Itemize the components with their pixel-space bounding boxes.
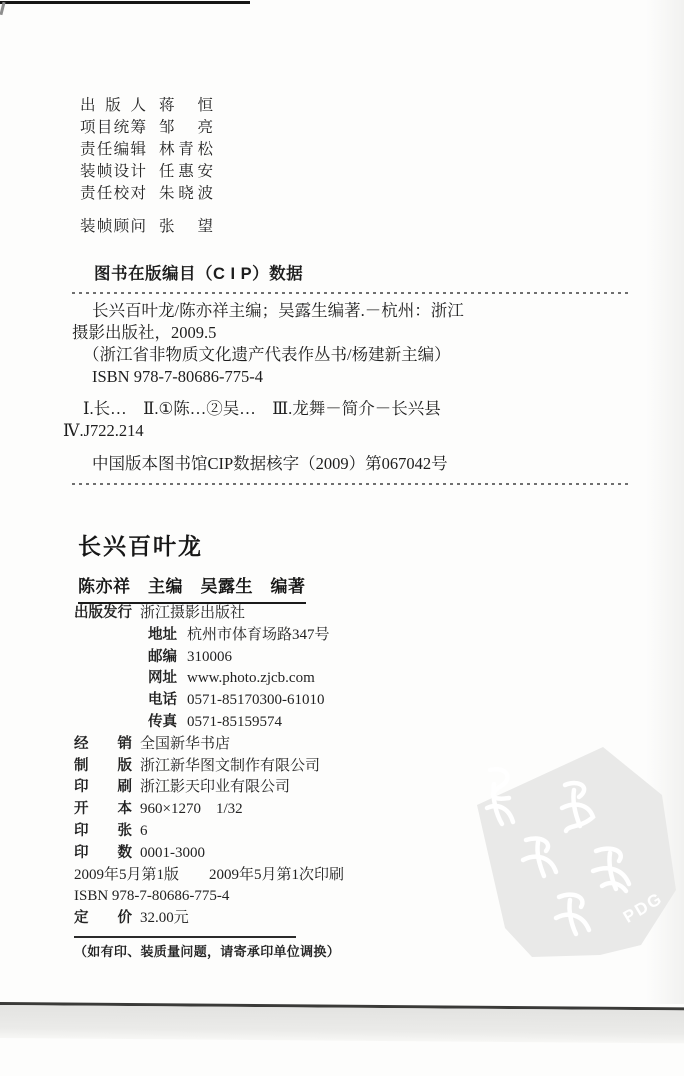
colophon-label: 开本: [74, 799, 132, 821]
cip-isbn-line: ISBN 978-7-80686-775-4: [72, 366, 628, 388]
dotted-rule-bottom: [72, 483, 628, 485]
colophon-row-printing: 印刷 浙江影天印业有限公司: [74, 777, 494, 799]
advisor-person-name: 张望: [159, 216, 213, 238]
cip-record-number: 中国版本图书馆CIP数据核字（2009）第067042号: [72, 453, 628, 475]
colophon-row-postcode: 邮编 310006: [74, 647, 494, 669]
staff-row: 出版人 蒋恒: [80, 95, 213, 117]
colophon-row-platemaking: 制版 浙江新华图文制作有限公司: [74, 756, 494, 778]
cip-entry-line1: 长兴百叶龙/陈亦祥主编；吴露生编著.－杭州：浙江: [72, 300, 628, 322]
pdg-watermark: PDG: [450, 738, 682, 962]
colophon-label: 定价: [74, 908, 132, 930]
colophon-sublabel: 传真: [148, 712, 179, 734]
colophon-label: 印数: [74, 843, 132, 865]
colophon-value: www.photo.zjcb.com: [187, 668, 315, 690]
colophon-value: 全国新华书店: [140, 734, 230, 756]
colophon-row-website: 网址 www.photo.zjcb.com: [74, 668, 494, 690]
colophon-value: 杭州市体育场路347号: [187, 625, 330, 647]
colophon-label: 印张: [74, 821, 132, 843]
colophon-value: 0001-3000: [140, 843, 205, 865]
colophon-sublabel: 网址: [148, 668, 179, 690]
colophon-label: 制版: [74, 756, 132, 778]
staff-credits-block: 出版人 蒋恒 项目统筹 邹亮 责任编辑 林青松 装帧设计 任惠安 责任校对 朱晓…: [80, 95, 213, 238]
colophon-row-printrun: 印数 0001-3000: [74, 843, 494, 865]
colophon-value: 310006: [187, 647, 232, 669]
staff-person-name: 林青松: [159, 139, 213, 161]
colophon-row-phone: 电话 0571-85170300-61010: [74, 690, 494, 712]
colophon-row-sheets: 印张 6: [74, 821, 494, 843]
colophon-sublabel: 邮编: [148, 647, 179, 669]
colophon-value: 浙江摄影出版社: [140, 603, 245, 625]
staff-role-label: 项目统筹: [80, 117, 146, 139]
staff-person-name: 蒋恒: [159, 95, 213, 117]
colophon-row-format: 开本 960×1270 1/32: [74, 799, 494, 821]
cip-entry-line2: 摄影出版社，2009.5: [72, 322, 628, 344]
colophon-row-address: 地址 杭州市体育场路347号: [74, 625, 494, 647]
seal-script-glyphs: [450, 738, 682, 962]
colophon-label: 出版发行: [74, 603, 132, 625]
colophon-row-distribution: 经销 全国新华书店: [74, 734, 494, 756]
colophon-value: 0571-85170300-61010: [187, 690, 325, 712]
dotted-rule-top: [72, 292, 628, 294]
cip-header: 图书在版编目（C I P）数据: [72, 263, 628, 285]
colophon-label: 印刷: [74, 777, 132, 799]
colophon-value: 浙江影天印业有限公司: [140, 777, 290, 799]
colophon-label: 经销: [74, 734, 132, 756]
staff-person-name: 任惠安: [159, 161, 213, 183]
staff-person-name: 邹亮: [159, 117, 213, 139]
staff-role-label: 责任编辑: [80, 139, 146, 161]
book-title: 长兴百叶龙: [78, 528, 306, 561]
note-rule: [74, 936, 296, 938]
colophon-value: 32.00元: [140, 908, 189, 930]
staff-person-name: 朱晓波: [159, 183, 213, 205]
staff-role-label: 责任校对: [80, 183, 146, 205]
cip-data-block: 图书在版编目（C I P）数据 长兴百叶龙/陈亦祥主编；吴露生编著.－杭州：浙江…: [72, 263, 628, 485]
colophon-isbn-line: ISBN 978-7-80686-775-4: [74, 886, 494, 908]
colophon-value: 960×1270 1/32: [140, 799, 243, 821]
colophon-sublabel: 电话: [148, 690, 179, 712]
colophon-row-price: 定价 32.00元: [74, 908, 494, 930]
staff-row: 责任校对 朱晓波: [80, 183, 213, 205]
scan-bottom-band: [0, 1005, 684, 1043]
advisor-row: 装帧顾问 张望: [80, 216, 213, 238]
cip-series-line: （浙江省非物质文化遗产代表作丛书/杨建新主编）: [72, 344, 628, 366]
staff-row: 责任编辑 林青松: [80, 139, 213, 161]
cip-classification: Ⅰ.长… Ⅱ.①陈…②吴… Ⅲ.龙舞－简介－长兴县 Ⅳ.J722.214: [72, 398, 628, 442]
cip-class-line2: Ⅳ.J722.214: [63, 420, 628, 442]
staff-role-label: 装帧设计: [80, 161, 146, 183]
scanned-page: 出版人 蒋恒 项目统筹 邹亮 责任编辑 林青松 装帧设计 任惠安 责任校对 朱晓…: [0, 0, 684, 1076]
quality-note: （如有印、装质量问题，请寄承印单位调换）: [74, 941, 494, 963]
cip-entry: 长兴百叶龙/陈亦祥主编；吴露生编著.－杭州：浙江 摄影出版社，2009.5 （浙…: [72, 300, 628, 388]
colophon-value: 浙江新华图文制作有限公司: [140, 756, 320, 778]
scan-top-edge-line: [0, 1, 250, 4]
colophon-sublabel: 地址: [148, 625, 179, 647]
colophon-value: 6: [140, 821, 148, 843]
cip-class-line1: Ⅰ.长… Ⅱ.①陈…②吴… Ⅲ.龙舞－简介－长兴县: [72, 398, 628, 420]
colophon-block: 出版发行 浙江摄影出版社 地址 杭州市体育场路347号 邮编 310006 网址…: [74, 603, 494, 963]
staff-role-label: 出版人: [80, 95, 146, 117]
book-authors: 陈亦祥 主编 吴露生 编著: [78, 572, 306, 597]
scan-bottom-edge: [0, 1002, 684, 1053]
staff-row: 项目统筹 邹亮: [80, 117, 213, 139]
colophon-row-fax: 传真 0571-85159574: [74, 712, 494, 734]
staff-row: 装帧设计 任惠安: [80, 161, 213, 183]
title-block: 长兴百叶龙 陈亦祥 主编 吴露生 编著: [78, 528, 306, 604]
colophon-value: 0571-85159574: [187, 712, 282, 734]
colophon-edition-line: 2009年5月第1版 2009年5月第1次印刷: [74, 865, 494, 887]
colophon-row-publisher: 出版发行 浙江摄影出版社: [74, 603, 494, 625]
advisor-role-label: 装帧顾问: [80, 216, 146, 238]
